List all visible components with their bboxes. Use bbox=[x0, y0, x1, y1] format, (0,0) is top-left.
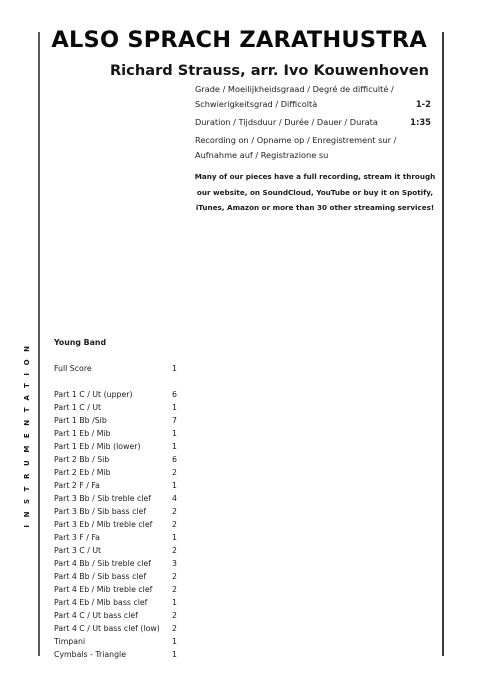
part-row: Part 4 Bb / Sib bass clef2 bbox=[54, 570, 184, 583]
part-count: 1 bbox=[172, 401, 177, 414]
part-name: Part 1 Bb /Sib bbox=[54, 416, 107, 425]
part-count: 4 bbox=[172, 492, 177, 505]
part-count: 1 bbox=[172, 479, 177, 492]
duration-info: Duration / Tijdsduur / Durée / Dauer / D… bbox=[195, 115, 431, 130]
part-count: 6 bbox=[172, 453, 177, 466]
part-count: 1 bbox=[172, 427, 177, 440]
part-row: Part 1 Eb / Mib1 bbox=[54, 427, 184, 440]
part-name: Part 1 C / Ut bbox=[54, 403, 101, 412]
part-name: Part 3 Eb / Mib treble clef bbox=[54, 520, 152, 529]
part-row: Part 4 Bb / Sib treble clef3 bbox=[54, 557, 184, 570]
composer-arranger: Richard Strauss, arr. Ivo Kouwenhoven bbox=[110, 62, 429, 79]
part-name: Part 3 C / Ut bbox=[54, 546, 101, 555]
grade-label-text: Schwierigkeitsgrad / Difficoltà bbox=[195, 99, 317, 109]
page-title: ALSO SPRACH ZARATHUSTRA bbox=[51, 27, 427, 53]
part-row: Part 1 C / Ut (upper)6 bbox=[54, 388, 184, 401]
part-name: Part 2 Eb / Mib bbox=[54, 468, 111, 477]
promo-line-1: Many of our pieces have a full recording… bbox=[190, 169, 440, 185]
part-name: Part 1 Eb / Mib bbox=[54, 429, 111, 438]
right-border-line bbox=[442, 32, 444, 656]
part-name: Part 4 Bb / Sib bass clef bbox=[54, 572, 146, 581]
part-row: Part 3 Bb / Sib bass clef2 bbox=[54, 505, 184, 518]
part-count: 2 bbox=[172, 622, 177, 635]
part-count: 2 bbox=[172, 544, 177, 557]
part-row: Part 1 C / Ut1 bbox=[54, 401, 184, 414]
part-row: Part 3 Eb / Mib treble clef2 bbox=[54, 518, 184, 531]
part-count: 1 bbox=[172, 596, 177, 609]
streaming-promo-text: Many of our pieces have a full recording… bbox=[190, 169, 440, 216]
duration-label: Duration / Tijdsduur / Durée / Dauer / D… bbox=[195, 117, 378, 127]
part-count: 6 bbox=[172, 388, 177, 401]
instrumentation-list: Young Band Full Score 1 Part 1 C / Ut (u… bbox=[54, 336, 184, 661]
part-row: Part 1 Eb / Mib (lower)1 bbox=[54, 440, 184, 453]
part-name: Part 1 C / Ut (upper) bbox=[54, 390, 133, 399]
part-name: Part 2 Bb / Sib bbox=[54, 455, 109, 464]
promo-line-3: iTunes, Amazon or more than 30 other str… bbox=[190, 200, 440, 216]
part-count: 3 bbox=[172, 557, 177, 570]
part-name: Part 4 Eb / Mib bass clef bbox=[54, 598, 147, 607]
part-count: 2 bbox=[172, 518, 177, 531]
grade-label-line1: Grade / Moeilijkheidsgraad / Degré de di… bbox=[195, 82, 431, 97]
part-count: 7 bbox=[172, 414, 177, 427]
part-name: Full Score bbox=[54, 364, 92, 373]
duration-value: 1:35 bbox=[410, 115, 431, 130]
part-row: Part 4 Eb / Mib treble clef2 bbox=[54, 583, 184, 596]
part-name: Part 4 C / Ut bass clef bbox=[54, 611, 138, 620]
part-row: Part 4 C / Ut bass clef2 bbox=[54, 609, 184, 622]
part-row: Part 2 Eb / Mib2 bbox=[54, 466, 184, 479]
part-count: 1 bbox=[172, 648, 177, 661]
instrumentation-heading: INSTRUMENTATION bbox=[23, 338, 31, 527]
part-name: Part 3 Bb / Sib bass clef bbox=[54, 507, 146, 516]
grade-value: 1-2 bbox=[416, 97, 431, 112]
part-name: Part 4 Bb / Sib treble clef bbox=[54, 559, 151, 568]
part-count: 2 bbox=[172, 505, 177, 518]
instrumentation-side-label: INSTRUMENTATION bbox=[20, 330, 34, 536]
part-count: 2 bbox=[172, 570, 177, 583]
parts-list: Part 1 C / Ut (upper)6Part 1 C / Ut1Part… bbox=[54, 388, 184, 661]
left-border-line bbox=[38, 32, 40, 656]
part-name: Part 1 Eb / Mib (lower) bbox=[54, 442, 141, 451]
promo-line-2: our website, on SoundCloud, YouTube or b… bbox=[190, 185, 440, 201]
part-count: 2 bbox=[172, 609, 177, 622]
duration-row: Duration / Tijdsduur / Durée / Dauer / D… bbox=[195, 115, 431, 130]
grade-label-line2: Schwierigkeitsgrad / Difficoltà 1-2 bbox=[195, 97, 431, 112]
part-row: Part 4 Eb / Mib bass clef1 bbox=[54, 596, 184, 609]
part-row: Part 3 C / Ut2 bbox=[54, 544, 184, 557]
part-row: Cymbals - Triangle1 bbox=[54, 648, 184, 661]
part-row: Part 3 Bb / Sib treble clef4 bbox=[54, 492, 184, 505]
recording-label-line1: Recording on / Opname op / Enregistremen… bbox=[195, 133, 431, 148]
part-row: Part 3 F / Fa1 bbox=[54, 531, 184, 544]
part-count: 1 bbox=[172, 362, 177, 375]
part-count: 1 bbox=[172, 635, 177, 648]
part-count: 1 bbox=[172, 440, 177, 453]
part-name: Part 3 Bb / Sib treble clef bbox=[54, 494, 151, 503]
part-row: Part 1 Bb /Sib7 bbox=[54, 414, 184, 427]
part-count: 1 bbox=[172, 531, 177, 544]
recording-info: Recording on / Opname op / Enregistremen… bbox=[195, 133, 431, 162]
full-score-row: Full Score 1 bbox=[54, 362, 184, 375]
part-count: 2 bbox=[172, 583, 177, 596]
part-name: Timpani bbox=[54, 637, 85, 646]
part-count: 2 bbox=[172, 466, 177, 479]
part-name: Part 4 C / Ut bass clef (low) bbox=[54, 624, 160, 633]
part-name: Cymbals - Triangle bbox=[54, 650, 126, 659]
part-row: Timpani1 bbox=[54, 635, 184, 648]
part-row: Part 2 Bb / Sib6 bbox=[54, 453, 184, 466]
band-type: Young Band bbox=[54, 336, 184, 349]
part-row: Part 2 F / Fa1 bbox=[54, 479, 184, 492]
part-name: Part 4 Eb / Mib treble clef bbox=[54, 585, 152, 594]
part-name: Part 3 F / Fa bbox=[54, 533, 100, 542]
part-row: Part 4 C / Ut bass clef (low)2 bbox=[54, 622, 184, 635]
recording-label-line2: Aufnahme auf / Registrazione su bbox=[195, 148, 431, 163]
part-name: Part 2 F / Fa bbox=[54, 481, 100, 490]
grade-info: Grade / Moeilijkheidsgraad / Degré de di… bbox=[195, 82, 431, 111]
